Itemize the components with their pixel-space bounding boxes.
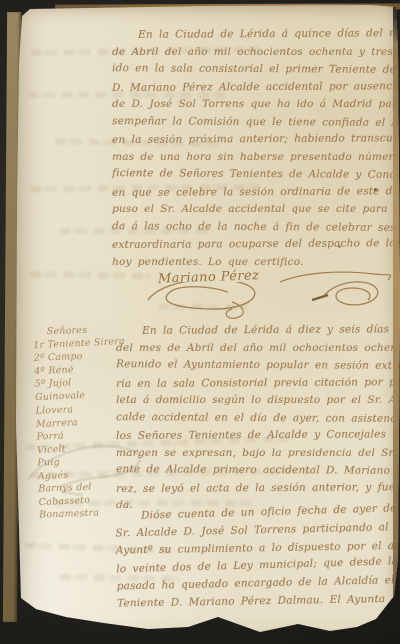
entry-1-line: en la sesión próxima anterior; habiendo … [112,130,400,149]
entry-1-line: en que se celebre la sesión ordinaria de… [112,183,400,202]
entry-2-line: del mes de Abril del año mil ochocientos… [116,340,400,358]
entry-1-line: ficiente de Señores Tenientes de Alcalde… [112,165,400,184]
entry-1-line: D. Mariano Pérez Alcalde accidental por … [112,78,400,97]
signature-left-flourish [140,282,275,322]
entry-2-line: ente de Alcalde primero accidental D. Ma… [116,461,400,480]
manuscript-photo: En la Ciudad de Lérida á quince días del… [0,0,400,644]
entry-2-line: margen se expresan, bajo la presidencia … [116,445,400,463]
entry-1-line: mas de una hora sin haberse presentado n… [112,149,400,167]
entry-1-line: de Abril del año mil ochocientos ochenta… [112,44,400,62]
entry-2-line: leta á domicilio según lo dispuesto por … [116,392,400,410]
entry-3-line: Teniente D. Mariano Pérez Dalmau. El Ayu… [117,590,400,613]
entry-2-line: rez, se leyó el acta de la sesión anteri… [116,479,400,498]
entry-1-paragraph: En la Ciudad de Lérida á quince días del… [112,26,400,271]
entry-2-paragraph: En la Ciudad de Lérida á diez y seis día… [116,322,400,515]
entry-1-line: da á las ocho de la noche á fin de celeb… [112,218,400,237]
signature-right-flourish [276,266,398,316]
entry-1-line: puso el Sr. Alcalde accidental que se ci… [112,201,400,219]
entry-3-paragraph: Dióse cuenta de un oficio fecha de ayer … [115,501,400,615]
entry-1-line: ido en la sala consistorial el primer Te… [112,60,400,79]
ink-dot [338,245,341,248]
entry-2-line: ria en la sala Consistorial previa citac… [116,374,400,393]
entry-2-line: calde accidental en el día de ayer, con … [116,409,400,428]
entry-1-line: de D. José Sol Torrens que ha ido á Madr… [112,96,400,114]
manuscript-page: En la Ciudad de Lérida á quince días del… [8,4,400,644]
ink-dot [374,188,377,191]
entry-1-line: sempeñar la Comisión que le tiene confia… [112,113,400,132]
entry-1-line: En la Ciudad de Lérida á quince días del… [112,25,400,44]
entry-2-line: Reunido el Ayuntamiento popular en sesió… [116,356,400,375]
entry-2-line: los Señores Tenientes de Alcalde y Conce… [116,426,400,445]
entry-2-line: En la Ciudad de Lérida á diez y seis día… [116,321,400,340]
entry-1-line: extraordinaria para ocuparse del despach… [112,235,400,254]
bleed-through-mark [30,271,150,279]
page-edge-right [393,4,400,644]
